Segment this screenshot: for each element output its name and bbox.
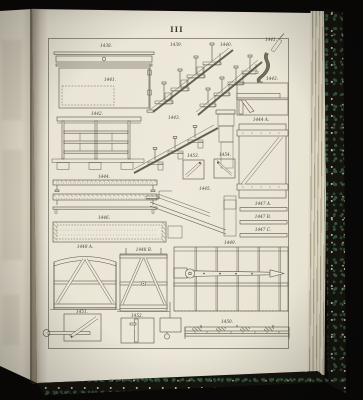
label-hook-bolt: 1452. [131,313,143,318]
figure-strap-plate-a: 1453. [183,153,204,179]
figure-rail-assembly: 1450. [160,302,289,339]
figure-strap-hinge-gate: 1449. [174,240,288,311]
label-plank-door: 1444 A. [253,117,269,122]
figure-lath-a: 1447 A. [240,201,287,211]
label-lath-a: 1447 A. [255,201,271,206]
figure-hook-bolt: 1452. [121,313,154,343]
figure-lath-c: 1447 C. [240,227,287,237]
book-scan-photo: { "scene": { "description": "Scanned boo… [0,0,363,400]
label-beam: 1444. [98,174,110,179]
label-staircase-a: 1439. [170,42,182,47]
label-rail-assembly: 1450. [221,319,233,324]
label-gate-b: 1448 B. [136,247,152,252]
figure-latch: 1451. [43,309,101,341]
figure-beam: 1444. [53,174,157,213]
figure-workbench: 1438. 1441. [54,43,154,112]
label-strap-plate-b: 1454. [219,152,231,157]
figure-panel: 1446. [53,215,166,242]
label-latch: 1451. [76,309,88,314]
figure-trestle-table: 1442. [52,111,144,170]
plate-drawing: III 1438. 1441. 1439. 1440. [0,0,363,400]
figure-strap-plate-b: 1454. [214,152,235,178]
label-workbench: 1438. [100,43,112,48]
figure-lath-b: 1447 B. [240,214,287,224]
label-lath-b: 1447 B. [255,214,271,219]
plate-frame [49,39,289,349]
figure-gate-b: 1448 B. [117,247,170,312]
label-strap-hinge-gate: 1449. [224,240,236,245]
label-strap-plate-a: 1453. [187,153,199,158]
label-wall-shelf: 1443. [266,76,278,81]
label-scroll-bracket: 1441. [265,37,277,42]
label-workbench-sub: 1441. [104,77,116,82]
figure-gate-a: 1448 A. [50,244,120,310]
label-gate-a: 1448 A. [77,244,93,249]
label-trestle-table: 1442. [91,111,103,116]
label-lath-c: 1447 C. [255,227,271,232]
figure-stringer-detail: 1445. [146,186,236,238]
plate-number: III [170,25,183,34]
figure-plank-door: 1444 A. [237,117,288,198]
label-staircase-b: 1440. [220,42,232,47]
label-panel: 1446. [98,215,110,220]
label-staircase-masonry: 1443. [168,115,180,120]
label-stringer-detail: 1445. [199,186,211,191]
